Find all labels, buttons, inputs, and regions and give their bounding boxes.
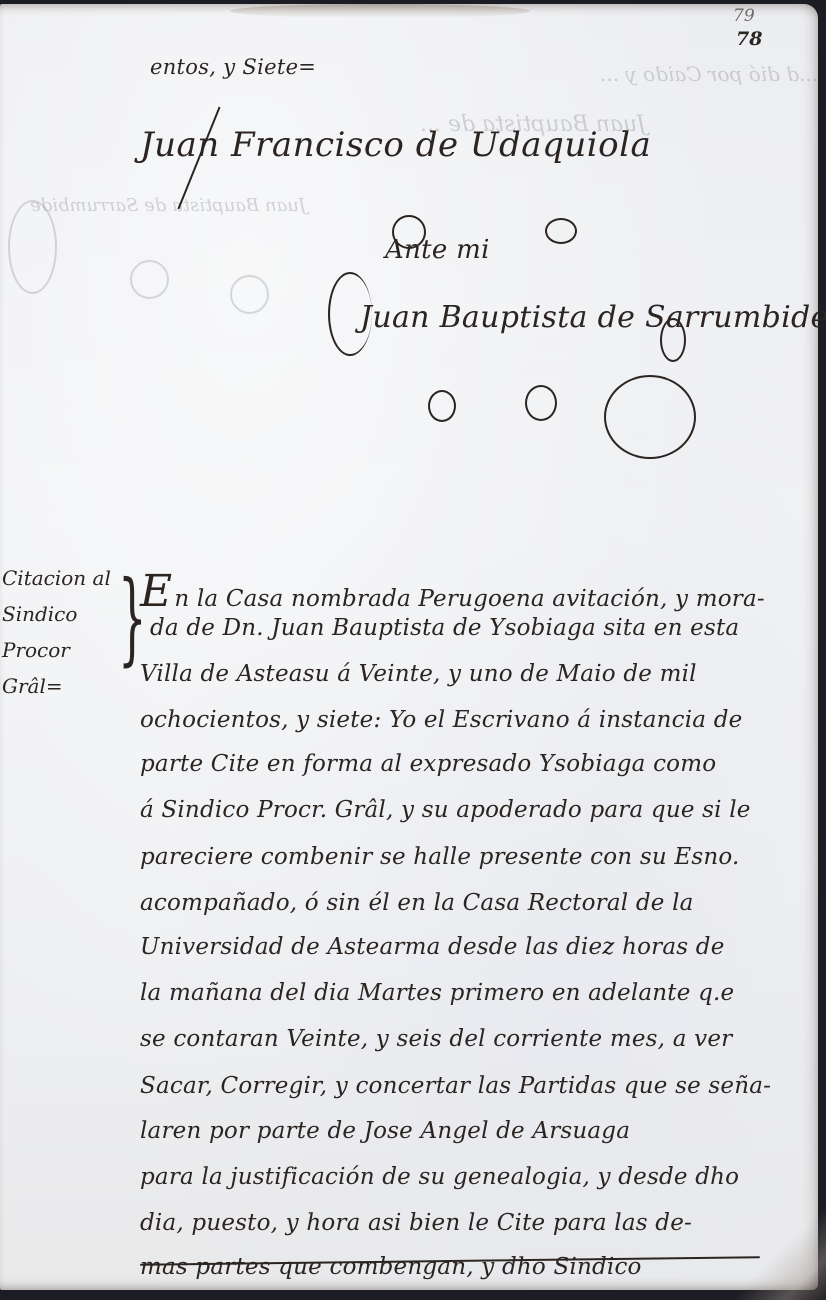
- rubric-flourish: [328, 272, 372, 356]
- rubric-flourish: [428, 390, 456, 422]
- rubric-flourish: [392, 215, 426, 249]
- signature-udaquiola: Juan Francisco de Udaquiola: [140, 125, 651, 165]
- bleed-through-flourish: [230, 275, 269, 314]
- margin-note-line: Grâl=: [2, 668, 127, 704]
- margin-note-line: Sindico Procor: [2, 596, 127, 668]
- signature-text: Juan Francisco de Udaquiola: [140, 125, 651, 165]
- folio-number: 78: [736, 30, 762, 49]
- rubric-flourish: [660, 318, 686, 362]
- continuation-line: entos, y Siete=: [150, 55, 316, 79]
- body-line: Villa de Asteasu á Veinte, y uno de Maio…: [140, 661, 697, 687]
- margin-note-line: Citacion al: [2, 560, 127, 596]
- body-line: laren por parte de Jose Angel de Arsuaga: [140, 1118, 630, 1144]
- body-line: parte Cite en forma al expresado Ysobiag…: [140, 751, 716, 777]
- rubric-flourish: [604, 375, 696, 459]
- drop-cap: E: [140, 566, 172, 617]
- body-line: Universidad de Astearma desde las diez h…: [140, 934, 725, 960]
- body-line: se contaran Veinte, y seis del corriente…: [140, 1026, 732, 1052]
- rubric-flourish: [545, 218, 577, 244]
- body-line: da de Dn. Juan Bauptista de Ysobiaga sit…: [150, 615, 739, 641]
- signature-sarrumbide: Juan Bauptista de Sarrumbide: [360, 300, 826, 335]
- body-line: la mañana del dia Martes primero en adel…: [140, 980, 734, 1006]
- page-corner-wear: [736, 1180, 826, 1300]
- manuscript-scan: 79 78 ...d dió por Caido y ... Juan Baup…: [0, 0, 826, 1300]
- body-line: acompañado, ó sin él en la Casa Rectoral…: [140, 890, 694, 916]
- body-line: á Sindico Procr. Grâl, y su apoderado pa…: [140, 797, 751, 823]
- body-line: dia, puesto, y hora asi bien le Cite par…: [140, 1210, 692, 1236]
- bleed-through-text: ...d dió por Caido y ...: [600, 62, 818, 86]
- body-line: pareciere combenir se halle presente con…: [140, 844, 740, 870]
- bleed-through-flourish: [130, 260, 169, 299]
- body-line: para la justificación de su genealogia, …: [140, 1164, 739, 1190]
- page-stain: [230, 4, 530, 18]
- body-line: ochocientos, y siete: Yo el Escrivano á …: [140, 707, 742, 733]
- body-line: Sacar, Corregir, y concertar las Partida…: [140, 1073, 771, 1099]
- folio-number-old: 79: [733, 8, 755, 25]
- margin-note: Citacion al Sindico Procor Grâl=: [2, 560, 127, 704]
- bleed-through-flourish: [8, 200, 57, 294]
- bleed-through-text: Juan Bauptista de Sarrumbide: [30, 195, 306, 216]
- rubric-flourish: [525, 385, 557, 421]
- body-line: En la Casa nombrada Perugoena avitación,…: [140, 570, 765, 614]
